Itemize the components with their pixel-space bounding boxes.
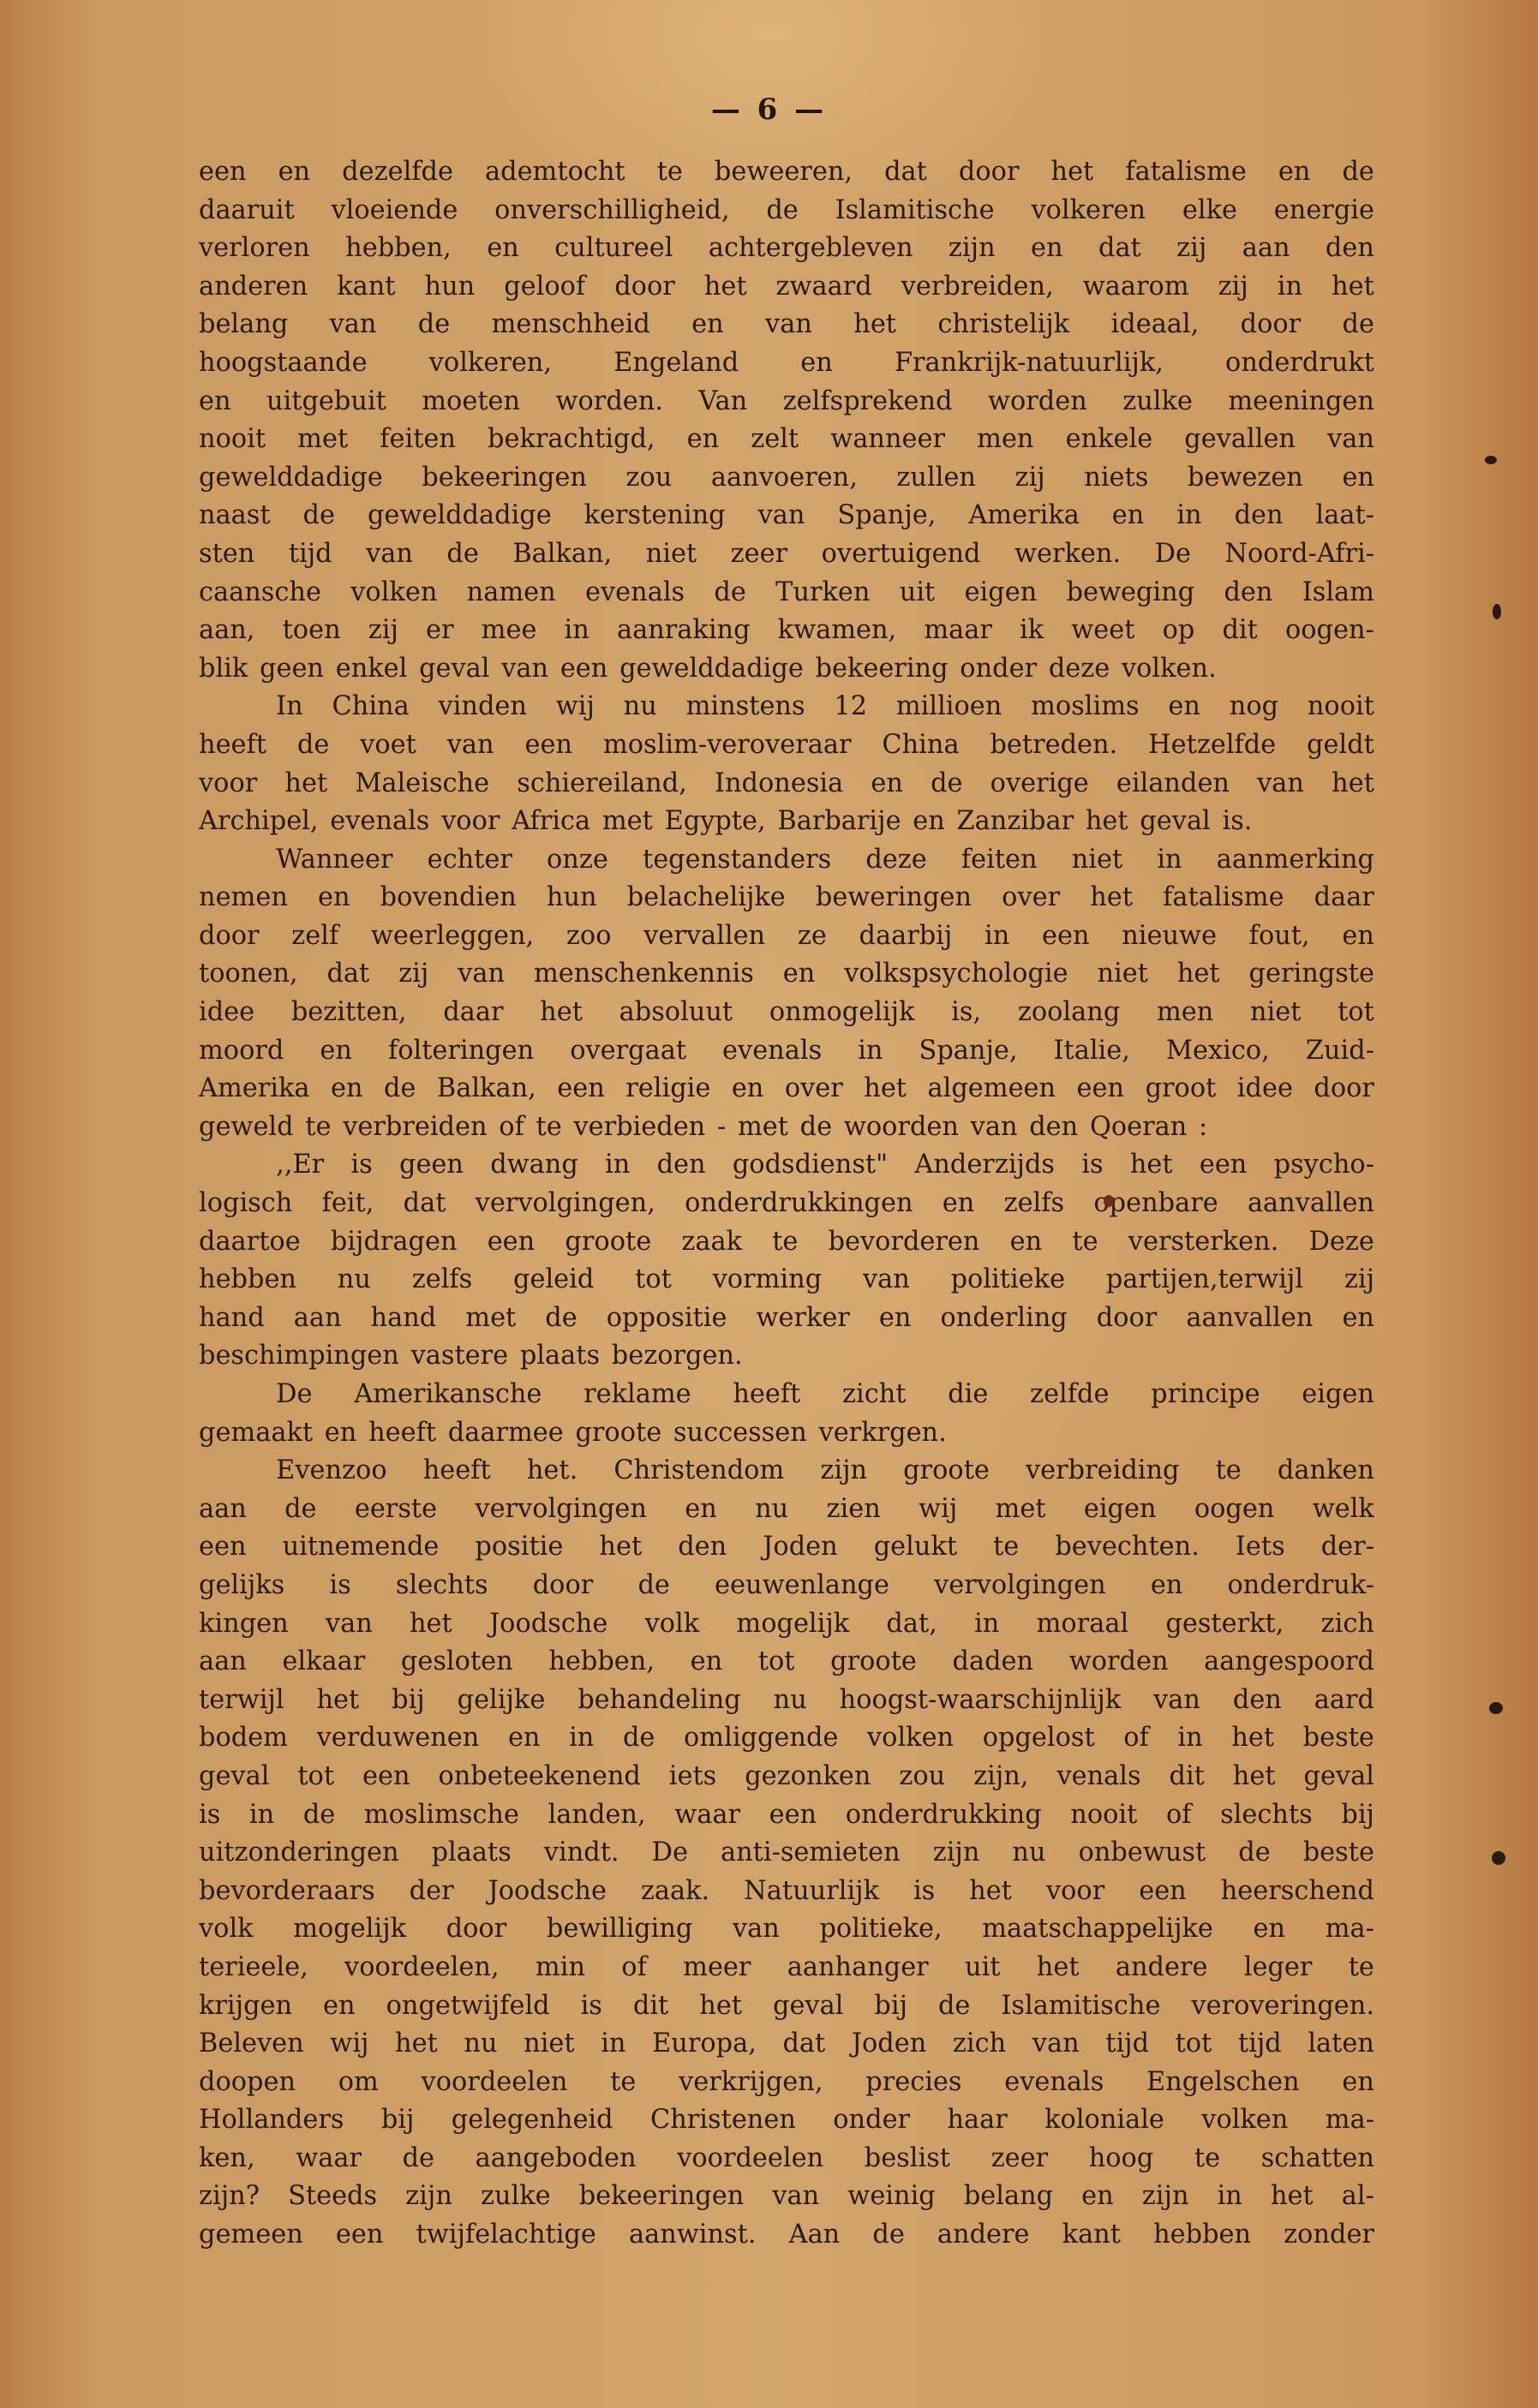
text-line: Archipel,evenalsvoorAfricametEgypte,Barb… — [199, 802, 1374, 840]
text-line: logischfeit,datvervolgingen,onderdrukkin… — [199, 1184, 1374, 1222]
text-line: doorzelfweerleggen,zoovervallenzedaarbij… — [199, 917, 1374, 955]
text-line: kingenvanhetJoodschevolkmogelijkdat,inmo… — [199, 1604, 1374, 1643]
text-line: ken,waardeaangebodenvoordeelenbeslistzee… — [199, 2139, 1374, 2178]
text-line: DeAmerikanschereklameheeftzichtdiezelfde… — [199, 1375, 1374, 1413]
text-line: isindemoslimschelanden,waareenonderdrukk… — [199, 1796, 1374, 1834]
text-line: nemenenbovendienhunbelachelijkebeweringe… — [199, 878, 1374, 917]
page-number: — 6 — — [0, 93, 1538, 127]
text-line: zijn?Steedszijnzulkebekeeringenvanweinig… — [199, 2177, 1374, 2215]
text-line: InChinavindenwijnuminstens12millioenmosl… — [199, 687, 1374, 726]
text-line: gevaltoteenonbeteekenendietsgezonkenzouz… — [199, 1757, 1374, 1796]
text-line: HollandersbijgelegenheidChristenenonderh… — [199, 2100, 1374, 2139]
text-line: naastdegewelddadigekersteningvanSpanje,A… — [199, 496, 1374, 535]
text-line: eenendezelfdeademtochttebeweeren,datdoor… — [199, 152, 1374, 191]
text-line: belangvandemenschheidenvanhetchristelijk… — [199, 305, 1374, 344]
paper-blemish — [1485, 456, 1497, 464]
paragraph: ,,Erisgeendwangindengodsdienst"Anderzijd… — [199, 1145, 1398, 1375]
text-line: aandeeerstevervolgingenennuzienwijmeteig… — [199, 1490, 1374, 1528]
text-line: nooitmetfeitenbekrachtigd,enzeltwanneerm… — [199, 420, 1374, 458]
text-line: volkmogelijkdoorbewilligingvanpolitieke,… — [199, 1909, 1374, 1948]
text-line: AmerikaendeBalkan,eenreligieenoverhetalg… — [199, 1069, 1374, 1108]
text-line: gemaaktenheeftdaarmeegrootesuccessenverk… — [199, 1413, 1374, 1452]
paragraph: Evenzooheefthet.Christendomzijngrootever… — [199, 1451, 1398, 2253]
text-line: bevorderaarsderJoodschezaak.Natuurlijkis… — [199, 1872, 1374, 1910]
document-page: — 6 — eenendezelfdeademtochttebeweeren,d… — [0, 0, 1538, 2408]
text-line: beschimpingenvastereplaatsbezorgen. — [199, 1336, 1374, 1375]
text-line: daaruitvloeiendeonverschilligheid,deIsla… — [199, 191, 1374, 230]
text-line: heeftdevoetvaneenmoslim-veroveraarChinab… — [199, 726, 1374, 764]
text-line: terwijlhetbijgelijkebehandelingnuhoogst-… — [199, 1681, 1374, 1719]
text-line: daartoebijdrageneengrootezaaktebevordere… — [199, 1222, 1374, 1261]
paper-blemish — [1492, 1851, 1505, 1865]
text-line: terieele,voordeelen,minofmeeraanhangerui… — [199, 1948, 1374, 1987]
text-line: blikgeenenkelgevalvaneengewelddadigebeke… — [199, 649, 1374, 688]
text-line: Evenzooheefthet.Christendomzijngrootever… — [199, 1451, 1374, 1490]
paper-blemish — [1489, 1702, 1503, 1714]
text-line: caanschevolkennamenevenalsdeTurkenuiteig… — [199, 573, 1374, 612]
text-line: verlorenhebben,encultureelachtergebleven… — [199, 229, 1374, 267]
paragraph: Wanneerechteronzetegenstandersdezefeiten… — [199, 840, 1398, 1146]
text-line: handaanhandmetdeoppositiewerkerenonderli… — [199, 1299, 1374, 1337]
paragraph: eenendezelfdeademtochttebeweeren,datdoor… — [199, 152, 1398, 687]
body-text: eenendezelfdeademtochttebeweeren,datdoor… — [199, 152, 1398, 2254]
paper-blemish — [1493, 604, 1501, 619]
text-line: ideebezitten,daarhetabsoluutonmogelijkis… — [199, 993, 1374, 1031]
text-line: aan,toenzijermeeinaanrakingkwamen,maarik… — [199, 611, 1374, 649]
text-line: aanelkaargeslotenhebben,entotgrootedaden… — [199, 1642, 1374, 1681]
paragraph: DeAmerikanschereklameheeftzichtdiezelfde… — [199, 1375, 1398, 1451]
text-line: Wanneerechteronzetegenstandersdezefeiten… — [199, 840, 1374, 879]
text-line: anderenkanthungeloofdoorhetzwaardverbrei… — [199, 267, 1374, 306]
text-line: doopenomvoordeelenteverkrijgen,preciesev… — [199, 2063, 1374, 2101]
ink-spot — [1104, 1195, 1114, 1207]
text-line: bodemverduwenenenindeomliggendevolkenopg… — [199, 1718, 1374, 1757]
text-line: gelijksisslechtsdoordeeeuwenlangevervolg… — [199, 1566, 1374, 1604]
text-line: gemeeneentwijfelachtigeaanwinst.Aandeand… — [199, 2215, 1374, 2254]
text-line: toonen,datzijvanmenschenkennisenvolkspsy… — [199, 954, 1374, 993]
text-line: hebbennuzelfsgeleidtotvormingvanpolitiek… — [199, 1260, 1374, 1299]
paragraph: InChinavindenwijnuminstens12millioenmosl… — [199, 687, 1398, 840]
text-line: ,,Erisgeendwangindengodsdienst"Anderzijd… — [199, 1145, 1374, 1184]
text-line: gewelddadigebekeeringenzouaanvoeren,zull… — [199, 458, 1374, 497]
text-line: moordenfolteringenovergaatevenalsinSpanj… — [199, 1031, 1374, 1070]
text-line: BelevenwijhetnunietinEuropa,datJodenzich… — [199, 2024, 1374, 2063]
text-line: uitzonderingenplaatsvindt.Deanti-semiete… — [199, 1833, 1374, 1872]
text-line: enuitgebuitmoetenworden.Vanzelfsprekendw… — [199, 382, 1374, 421]
text-line: hoogstaandevolkeren,EngelandenFrankrijk-… — [199, 344, 1374, 382]
text-line: voorhetMaleischeschiereiland,Indonesiaen… — [199, 764, 1374, 803]
text-line: krijgenenongetwijfeldisdithetgevalbijdeI… — [199, 1987, 1374, 2025]
text-line: stentijdvandeBalkan,nietzeerovertuigendw… — [199, 535, 1374, 573]
text-line: geweldteverbreidenofteverbieden-metdewoo… — [199, 1108, 1374, 1146]
text-line: eenuitnemendepositiehetdenJodengeluktteb… — [199, 1527, 1374, 1566]
